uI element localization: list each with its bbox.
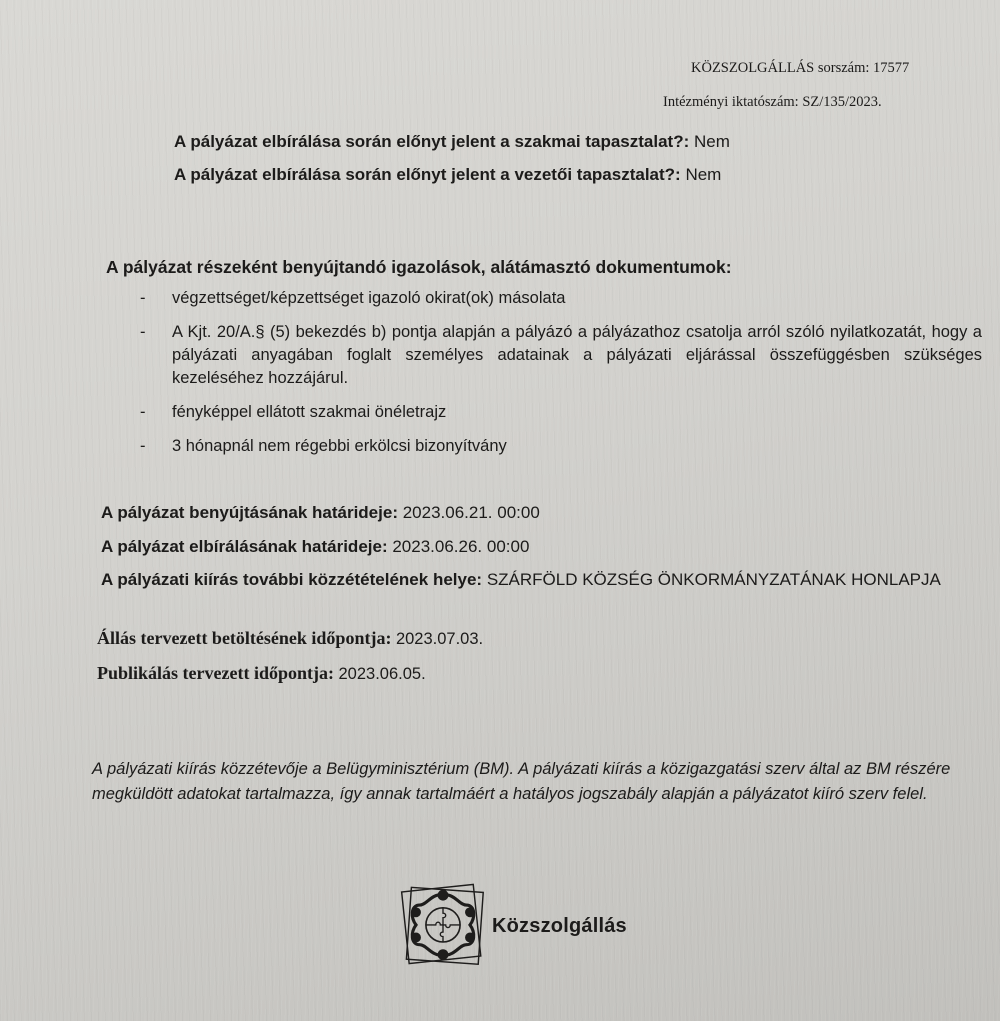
info-label: A pályázati kiírás további közzétételéne… [101, 570, 482, 589]
list-item: - 3 hónapnál nem régebbi erkölcsi bizony… [140, 435, 982, 458]
evaluation-deadline: A pályázat elbírálásának határideje: 202… [101, 537, 529, 557]
serial-value: 17577 [873, 60, 909, 76]
registry-label: Intézményi iktatószám: [663, 94, 799, 110]
info-value: 2023.06.21. 00:00 [403, 503, 540, 522]
kozszolgallas-logo-icon [398, 878, 488, 975]
planned-publication-date: Publikálás tervezett időpontja: 2023.06.… [97, 663, 426, 684]
bullet-dash: - [140, 321, 172, 390]
info-label: Állás tervezett betöltésének időpontja: [97, 628, 391, 648]
required-documents-heading: A pályázat részeként benyújtandó igazolá… [106, 257, 732, 278]
bullet-dash: - [140, 401, 172, 424]
publication-location: A pályázati kiírás további közzétételéne… [101, 567, 961, 592]
list-item: - fényképpel ellátott szakmai önéletrajz [140, 401, 982, 424]
list-item-text: fényképpel ellátott szakmai önéletrajz [172, 401, 982, 424]
list-item: - végzettséget/képzettséget igazoló okir… [140, 287, 982, 310]
disclaimer-text: A pályázati kiírás közzétevője a Belügym… [92, 757, 962, 807]
question-label: A pályázat elbírálása során előnyt jelen… [174, 132, 689, 151]
info-value: 2023.06.05. [338, 665, 425, 683]
registry-value: SZ/135/2023. [802, 94, 881, 110]
submission-deadline: A pályázat benyújtásának határideje: 202… [101, 503, 540, 523]
info-label: A pályázat elbírálásának határideje: [101, 537, 388, 556]
list-item-text: 3 hónapnál nem régebbi erkölcsi bizonyít… [172, 435, 982, 458]
question-professional-experience: A pályázat elbírálása során előnyt jelen… [174, 132, 730, 152]
logo-text: Közszolgállás [492, 915, 627, 938]
bullet-dash: - [140, 435, 172, 458]
list-item-text: végzettséget/képzettséget igazoló okirat… [172, 287, 982, 310]
info-value: SZÁRFÖLD KÖZSÉG ÖNKORMÁNYZATÁNAK HONLAPJ… [487, 570, 941, 589]
required-documents-list: - végzettséget/képzettséget igazoló okir… [140, 287, 982, 469]
question-label: A pályázat elbírálása során előnyt jelen… [174, 165, 681, 184]
list-item-text: A Kjt. 20/A.§ (5) bekezdés b) pontja ala… [172, 321, 982, 390]
question-value: Nem [694, 132, 730, 151]
serial-label: KÖZSZOLGÁLLÁS sorszám: [691, 60, 869, 76]
info-value: 2023.06.26. 00:00 [392, 537, 529, 556]
info-value: 2023.07.03. [396, 630, 483, 648]
info-label: Publikálás tervezett időpontja: [97, 663, 334, 683]
question-value: Nem [685, 165, 721, 184]
serial-number-line: KÖZSZOLGÁLLÁS sorszám: 17577 [691, 60, 909, 77]
registry-number-line: Intézményi iktatószám: SZ/135/2023. [663, 94, 882, 111]
info-label: A pályázat benyújtásának határideje: [101, 503, 398, 522]
bullet-dash: - [140, 287, 172, 310]
question-management-experience: A pályázat elbírálása során előnyt jelen… [174, 165, 721, 185]
list-item: - A Kjt. 20/A.§ (5) bekezdés b) pontja a… [140, 321, 982, 390]
kozszolgallas-logo: Közszolgállás [398, 878, 627, 975]
planned-start-date: Állás tervezett betöltésének időpontja: … [97, 628, 483, 649]
